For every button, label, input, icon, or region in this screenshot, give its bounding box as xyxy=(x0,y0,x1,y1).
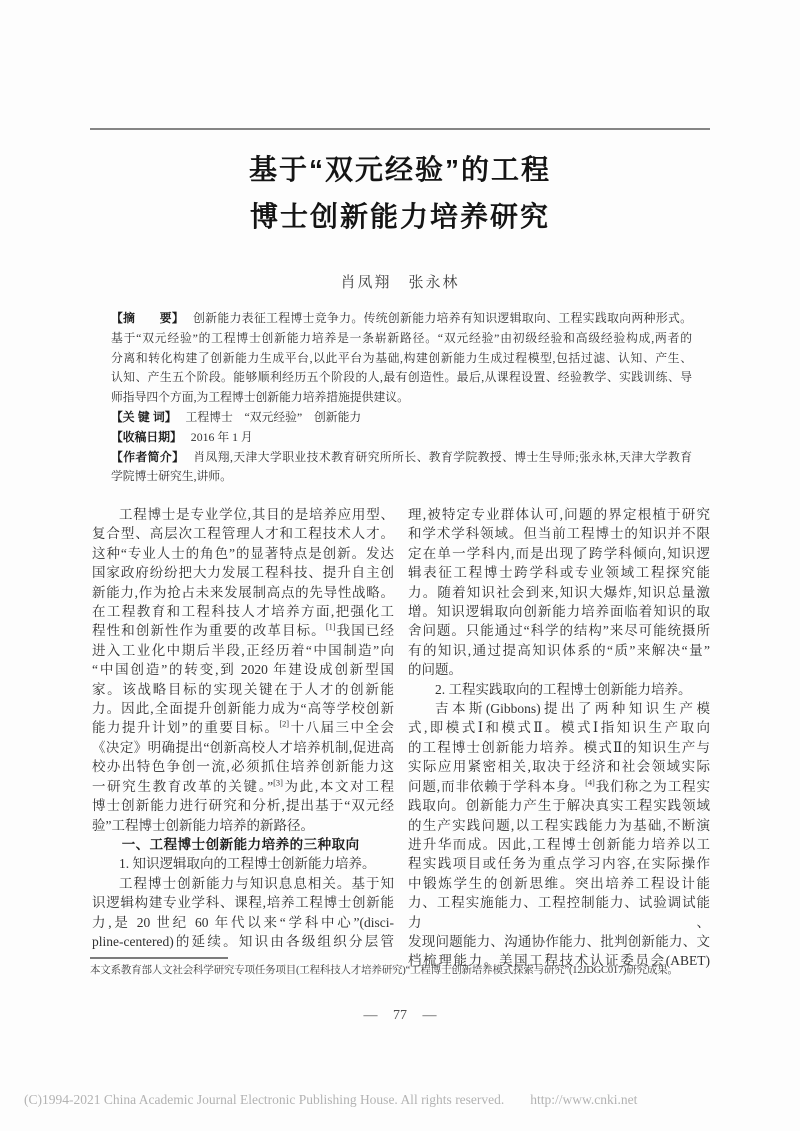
text-line: 国家政府纷纷把大力发展工程科技、提升自主创 xyxy=(92,563,394,582)
text-segment: 工程博士创新能力与知识息息相关。基于知 xyxy=(119,876,394,891)
text-line: 力、工程实施能力、工程控制能力、试验调试能力、 xyxy=(408,893,710,932)
text-segment: 一研究生教育改革的关键。” xyxy=(92,779,273,794)
text-line: 《决定》明确提出“创新高校人才培养机制,促进高 xyxy=(92,738,394,757)
text-line: 程实践项目或任务为重点学习内容,在实际操作 xyxy=(408,854,710,873)
text-segment: 辑表征工程博士跨学科或专业领域工程探究能 xyxy=(408,565,710,580)
text-line: 的生产实践问题,以工程实践能力为基础,不断演 xyxy=(408,816,710,835)
text-segment: 一、工程博士创新能力培养的三种取向 xyxy=(122,837,360,852)
citation-ref: [3] xyxy=(273,778,283,787)
text-segment: 中锻炼学生的创新思维。突出培养工程设计能 xyxy=(408,876,710,891)
text-segment: 舍问题。只能通过“科学的结构”来尽可能统摄所 xyxy=(408,623,710,638)
text-line: 1. 知识逻辑取向的工程博士创新能力培养。 xyxy=(92,854,394,873)
footnote-divider xyxy=(90,957,228,959)
text-segment: 定在单一学科内,而是出现了跨学科倾向,知识逻 xyxy=(408,546,710,561)
text-line: 进升华而成。因此,工程博士创新能力培养以工 xyxy=(408,835,710,854)
text-segment: 吉本斯(Gibbons)提出了两种知识生产模 xyxy=(435,701,710,716)
text-line: 校办出特色争创一流,必须抓住培养创新能力这 xyxy=(92,757,394,776)
text-line: 博士创新能力进行研究和分析,提出基于“双元经 xyxy=(92,796,394,815)
text-segment: 有的知识,通过提高知识体系的“质”来解决“量” xyxy=(408,643,710,658)
text-segment: 程性和创新性作为重要的改革目标。 xyxy=(92,623,326,638)
text-line: 在工程教育和工程科技人才培养方面,把强化工 xyxy=(92,602,394,621)
text-segment: 践取向。创新能力产生于解决真实工程实践领域 xyxy=(408,798,710,813)
text-segment: 创新能力表征工程博士竞争力。传统创新能力培养有知识逻辑取向、工程实践取向两种形式… xyxy=(193,311,692,325)
text-segment: “中国创造”的转变,到 2020 年建设成创新型国 xyxy=(92,662,394,677)
text-segment: 师指导四个方面,为工程博士创新能力培养措施提供建议。 xyxy=(111,390,409,404)
text-segment: 肖凤翔,天津大学职业技术教育研究所所长、教育学院教授、博士生导师;张永林,天津大… xyxy=(193,450,692,464)
funding-footnote: 本文系教育部人文社会科学研究专项任务项目(工程科技人才培养研究)“工程博士创新培… xyxy=(90,962,730,977)
text-line: 力。随着知识社会到来,知识大爆炸,知识总量激 xyxy=(408,583,710,602)
copyright-text: (C)1994-2021 China Academic Journal Elec… xyxy=(24,1092,504,1107)
text-segment: 为此,本文对工程 xyxy=(283,779,394,794)
meta-label: 【摘 要】 xyxy=(111,311,184,325)
text-segment: 学院博士研究生,讲师。 xyxy=(111,469,232,483)
text-segment: 基于“双元经验”的工程博士创新能力培养是一条崭新路径。“双元经验”由初级经验和高… xyxy=(111,331,692,345)
text-segment: 实际应用紧密相关,取决于经济和社会领域实际 xyxy=(408,759,710,774)
article-title: 基于“双元经验”的工程 博士创新能力培养研究 xyxy=(0,146,800,240)
meta-label: 【作者简介】 xyxy=(111,450,184,464)
text-line: 【摘 要】创新能力表征工程博士竞争力。传统创新能力培养有知识逻辑取向、工程实践取… xyxy=(111,309,692,329)
cnki-url[interactable]: http://www.cnki.net xyxy=(530,1092,637,1107)
text-line: 的工程博士创新能力培养。模式Ⅱ的知识生产与 xyxy=(408,738,710,757)
text-line: 辑表征工程博士跨学科或专业领域工程探究能 xyxy=(408,563,710,582)
body-left-column: 工程博士是专业学位,其目的是培养应用型、复合型、高层次工程管理人才和工程技术人才… xyxy=(92,505,394,971)
text-segment: 的生产实践问题,以工程实践能力为基础,不断演 xyxy=(408,818,710,833)
text-line: 发现问题能力、沟通协作能力、批判创新能力、文 xyxy=(408,932,710,951)
text-line: pline-centered)的延续。知识由各级组织分层管 xyxy=(92,932,394,951)
paper-page: 基于“双元经验”的工程 博士创新能力培养研究 肖凤翔 张永林 【摘 要】创新能力… xyxy=(0,0,800,1131)
text-line: 中锻炼学生的创新思维。突出培养工程设计能 xyxy=(408,874,710,893)
text-segment: 理,被特定专业群体认可,问题的界定根植于研究 xyxy=(408,507,710,522)
text-segment: 和学术学科领域。但当前工程博士的知识并不限 xyxy=(408,526,710,541)
text-line: 工程博士创新能力与知识息息相关。基于知 xyxy=(92,874,394,893)
citation-ref: [4] xyxy=(585,778,595,787)
text-line: 基于“双元经验”的工程博士创新能力培养是一条崭新路径。“双元经验”由初级经验和高… xyxy=(111,329,692,349)
text-segment: 能力提升计划”的重要目标。 xyxy=(92,720,279,735)
body-columns: 工程博士是专业学位,其目的是培养应用型、复合型、高层次工程管理人才和工程技术人才… xyxy=(92,505,710,971)
text-line: 力。因此,全面提升创新能力成为“高等学校创新 xyxy=(92,699,394,718)
text-line: 进入工业化中期后半段,正经历着“中国制造”向 xyxy=(92,641,394,660)
text-segment: 我们称之为工程实 xyxy=(595,779,710,794)
header-rule xyxy=(90,128,710,130)
text-line: 2. 工程实践取向的工程博士创新能力培养。 xyxy=(408,680,710,699)
article-title-line2: 博士创新能力培养研究 xyxy=(0,193,800,240)
citation-ref: [1] xyxy=(326,623,336,632)
text-segment: 进升华而成。因此,工程博士创新能力培养以工 xyxy=(408,837,710,852)
meta-label: 【关 键 词】 xyxy=(111,410,177,424)
text-line: 践取向。创新能力产生于解决真实工程实践领域 xyxy=(408,796,710,815)
text-segment: 国家政府纷纷把大力发展工程科技、提升自主创 xyxy=(92,565,394,580)
text-segment: 验”工程博士创新能力培养的新路径。 xyxy=(92,818,314,833)
text-line: 这种“专业人士的角色”的显著特点是创新。发达 xyxy=(92,544,394,563)
text-segment: 新能力,作为抢占未来发展制高点的先导性战略。 xyxy=(92,585,394,600)
text-segment: pline-centered)的延续。知识由各级组织分层管 xyxy=(92,934,394,949)
text-line: 力,是 20 世纪 60 年代以来“学科中心”(disci- xyxy=(92,913,394,932)
text-line: 复合型、高层次工程管理人才和工程技术人才。 xyxy=(92,524,394,543)
text-segment: 《决定》明确提出“创新高校人才培养机制,促进高 xyxy=(92,740,394,755)
text-segment: 进入工业化中期后半段,正经历着“中国制造”向 xyxy=(92,643,394,658)
text-line: 吉本斯(Gibbons)提出了两种知识生产模 xyxy=(408,699,710,718)
text-line: 【作者简介】肖凤翔,天津大学职业技术教育研究所所长、教育学院教授、博士生导师;张… xyxy=(111,448,692,468)
text-line: 分离和转化构建了创新能力生成平台,以此平台为基础,构建创新能力生成过程模型,包括… xyxy=(111,349,692,369)
text-line: 【收稿日期】2016 年 1 月 xyxy=(111,428,692,448)
text-segment: 十八届三中全会 xyxy=(289,720,394,735)
text-line: 一研究生教育改革的关键。”[3]为此,本文对工程 xyxy=(92,777,394,796)
text-line: 式,即模式Ⅰ和模式Ⅱ。模式Ⅰ指知识生产取向 xyxy=(408,718,710,737)
article-title-line1: 基于“双元经验”的工程 xyxy=(0,146,800,193)
text-segment: 1. 知识逻辑取向的工程博士创新能力培养。 xyxy=(119,856,376,871)
text-line: 问题,而非依赖于学科本身。[4]我们称之为工程实 xyxy=(408,777,710,796)
text-segment: 在工程教育和工程科技人才培养方面,把强化工 xyxy=(92,604,394,619)
text-segment: 力。随着知识社会到来,知识大爆炸,知识总量激 xyxy=(408,585,710,600)
abstract-meta-block: 【摘 要】创新能力表征工程博士竞争力。传统创新能力培养有知识逻辑取向、工程实践取… xyxy=(111,309,692,487)
text-segment: 这种“专业人士的角色”的显著特点是创新。发达 xyxy=(92,546,394,561)
text-segment: 问题,而非依赖于学科本身。 xyxy=(408,779,585,794)
text-line: 定在单一学科内,而是出现了跨学科倾向,知识逻 xyxy=(408,544,710,563)
text-line: 验”工程博士创新能力培养的新路径。 xyxy=(92,816,394,835)
text-line: 家。该战略目标的实现关键在于人才的创新能 xyxy=(92,680,394,699)
meta-label: 【收稿日期】 xyxy=(111,430,182,444)
text-line: 实际应用紧密相关,取决于经济和社会领域实际 xyxy=(408,757,710,776)
text-line: 的问题。 xyxy=(408,660,710,679)
text-segment: 分离和转化构建了创新能力生成平台,以此平台为基础,构建创新能力生成过程模型,包括… xyxy=(111,351,692,365)
page-number: — 77 — xyxy=(0,1008,800,1024)
text-segment: 复合型、高层次工程管理人才和工程技术人才。 xyxy=(92,526,394,541)
text-segment: 博士创新能力进行研究和分析,提出基于“双元经 xyxy=(92,798,394,813)
text-segment: 识逻辑构建专业学科、课程,培养工程博士创新能 xyxy=(92,895,394,910)
text-line: 舍问题。只能通过“科学的结构”来尽可能统摄所 xyxy=(408,621,710,640)
text-line: 程性和创新性作为重要的改革目标。[1]我国已经 xyxy=(92,621,394,640)
text-segment: 程实践项目或任务为重点学习内容,在实际操作 xyxy=(408,856,710,871)
text-line: 和学术学科领域。但当前工程博士的知识并不限 xyxy=(408,524,710,543)
text-line: 工程博士是专业学位,其目的是培养应用型、 xyxy=(92,505,394,524)
text-segment: 家。该战略目标的实现关键在于人才的创新能 xyxy=(92,682,394,697)
text-line: 认知、产生五个阶段。能够顺利经历五个阶段的人,最有创造性。最后,从课程设置、经验… xyxy=(111,368,692,388)
text-segment: 发现问题能力、沟通协作能力、批判创新能力、文 xyxy=(408,934,710,949)
text-segment: 的问题。 xyxy=(408,662,462,677)
copyright-bar: (C)1994-2021 China Academic Journal Elec… xyxy=(24,1092,784,1108)
text-segment: 工程博士是专业学位,其目的是培养应用型、 xyxy=(119,507,394,522)
text-segment: 力、工程实施能力、工程控制能力、试验调试能力、 xyxy=(408,895,710,929)
text-segment: 增。知识逻辑取向创新能力培养面临着知识的取 xyxy=(408,604,710,619)
text-line: 【关 键 词】工程博士 “双元经验” 创新能力 xyxy=(111,408,692,428)
text-line: 新能力,作为抢占未来发展制高点的先导性战略。 xyxy=(92,583,394,602)
text-segment: 力,是 20 世纪 60 年代以来“学科中心”(disci- xyxy=(92,915,394,930)
text-segment: 工程博士 “双元经验” 创新能力 xyxy=(186,410,362,424)
text-segment: 2. 工程实践取向的工程博士创新能力培养。 xyxy=(435,682,692,697)
text-line: 增。知识逻辑取向创新能力培养面临着知识的取 xyxy=(408,602,710,621)
text-line: 有的知识,通过提高知识体系的“质”来解决“量” xyxy=(408,641,710,660)
text-segment: 我国已经 xyxy=(336,623,394,638)
authors: 肖凤翔 张永林 xyxy=(0,271,800,292)
text-line: 学院博士研究生,讲师。 xyxy=(111,467,692,487)
text-segment: 校办出特色争创一流,必须抓住培养创新能力这 xyxy=(92,759,394,774)
text-line: “中国创造”的转变,到 2020 年建设成创新型国 xyxy=(92,660,394,679)
text-segment: 式,即模式Ⅰ和模式Ⅱ。模式Ⅰ指知识生产取向 xyxy=(408,720,710,735)
text-segment: 2016 年 1 月 xyxy=(191,430,253,444)
text-line: 能力提升计划”的重要目标。[2]十八届三中全会 xyxy=(92,718,394,737)
text-line: 师指导四个方面,为工程博士创新能力培养措施提供建议。 xyxy=(111,388,692,408)
citation-ref: [2] xyxy=(279,720,289,729)
text-segment: 认知、产生五个阶段。能够顺利经历五个阶段的人,最有创造性。最后,从课程设置、经验… xyxy=(111,370,692,384)
text-segment: 的工程博士创新能力培养。模式Ⅱ的知识生产与 xyxy=(408,740,710,755)
text-line: 识逻辑构建专业学科、课程,培养工程博士创新能 xyxy=(92,893,394,912)
text-line: 一、工程博士创新能力培养的三种取向 xyxy=(92,835,394,854)
body-right-column: 理,被特定专业群体认可,问题的界定根植于研究和学术学科领域。但当前工程博士的知识… xyxy=(408,505,710,971)
text-line: 理,被特定专业群体认可,问题的界定根植于研究 xyxy=(408,505,710,524)
text-segment: 力。因此,全面提升创新能力成为“高等学校创新 xyxy=(92,701,394,716)
